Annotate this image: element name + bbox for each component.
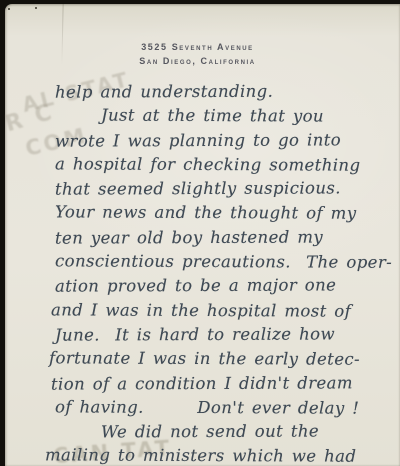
letter-line: Your news and the thought of my [5, 201, 396, 227]
letter-line: We did not send out the [5, 419, 396, 445]
scanned-letter: AL STAT R C COM CAN TAT 3525 Seventh Ave… [0, 0, 400, 466]
letter-line: Just at the time that you [5, 103, 396, 129]
letter-line: of having. Don't ever delay ! [5, 395, 396, 421]
letter-line: tion of a condition I didn't dream [5, 371, 396, 397]
letter-line: June. It is hard to realize how [5, 322, 396, 348]
letter-page: AL STAT R C COM CAN TAT 3525 Seventh Ave… [5, 4, 400, 466]
letter-line: that seemed slightly suspicious. [5, 176, 396, 202]
letter-line: ation proved to be a major one [5, 274, 396, 300]
paper-speck [35, 7, 37, 9]
letterhead-address-line2: San Diego, California [5, 54, 390, 68]
letter-line: fortunate I was in the early detec- [5, 346, 396, 372]
letter-line: ten year old boy hastened my [5, 225, 396, 251]
letter-line: a hospital for checking something [5, 152, 396, 178]
letterhead: 3525 Seventh Avenue San Diego, Californi… [5, 40, 390, 68]
letter-line: conscientious precautions. The oper- [5, 249, 396, 275]
letter-body: help and understanding. Just at the time… [5, 80, 396, 466]
letterhead-address-line1: 3525 Seventh Avenue [5, 40, 390, 54]
letter-line: help and understanding. [5, 79, 396, 105]
paper-speck [8, 8, 10, 10]
letter-line: and I was in the hospital most of [5, 298, 396, 324]
letter-line: wrote I was planning to go into [5, 128, 396, 154]
letter-line: mailing to ministers which we had [5, 444, 396, 466]
